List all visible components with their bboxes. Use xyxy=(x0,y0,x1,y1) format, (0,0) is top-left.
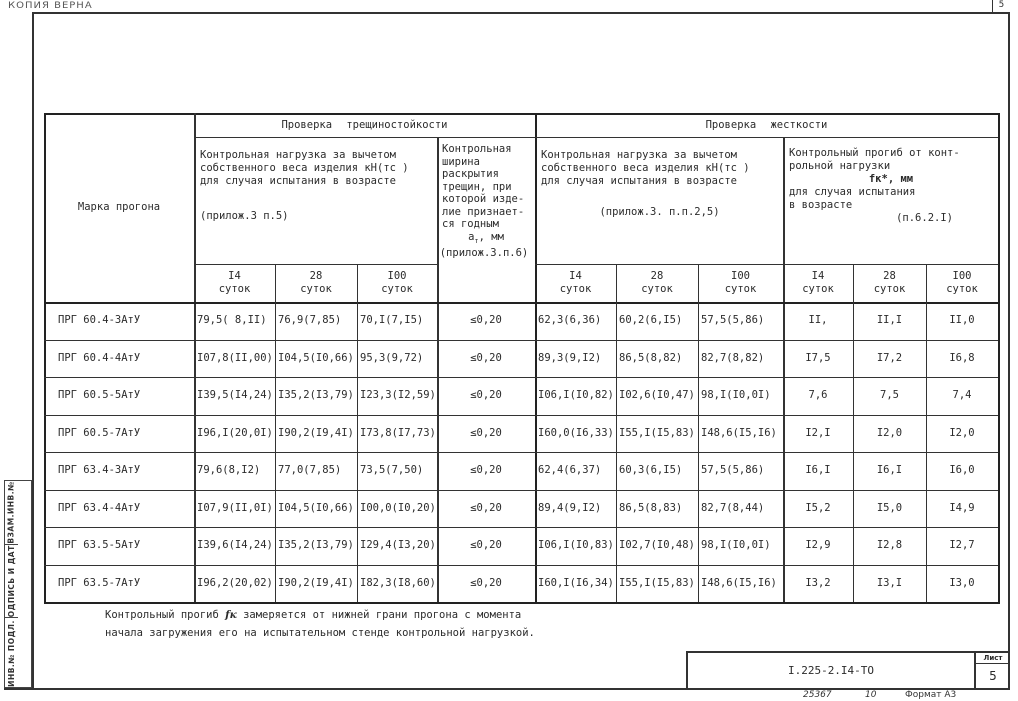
age-number: 28 xyxy=(300,270,332,283)
symbol-unit: , мм xyxy=(479,231,504,243)
crack-width-value: ≤0,20 xyxy=(437,377,535,415)
age-number: I4 xyxy=(219,270,251,283)
stiffness-load-value: 98,I(I0,0I) xyxy=(698,527,783,565)
stiffness-load-value: I60,I(I6,34) xyxy=(535,565,616,603)
crack-width-value: ≤0,20 xyxy=(437,340,535,378)
crack-load-value: I07,8(II,00) xyxy=(194,340,275,378)
crack-load-value: I07,9(II,0I) xyxy=(194,490,275,528)
deflection-value: I4,9 xyxy=(926,490,998,528)
deflection-value: I6,8 xyxy=(926,340,998,378)
stiffness-load-value: 89,4(9,I2) xyxy=(535,490,616,528)
copy-verified-stamp: КОПИЯ ВЕРНА xyxy=(8,1,93,11)
side-cell-original-inv: ИНВ.№ ПОДЛ. xyxy=(5,617,18,689)
sheet-number: 5 xyxy=(976,664,1010,688)
header-reference: (прилож.3. п.п.2,5) xyxy=(541,206,778,219)
header-text-line: собственного веса изделия кН(тс ) xyxy=(200,162,432,175)
crack-load-value: I82,3(I8,60) xyxy=(357,565,437,603)
age-number: I4 xyxy=(802,270,834,283)
stiffness-load-value: 86,5(8,82) xyxy=(616,340,698,378)
age-header: I4суток xyxy=(535,264,616,302)
stiffness-load-value: 82,7(8,82) xyxy=(698,340,783,378)
age-unit: суток xyxy=(300,283,332,296)
row-mark: ПРГ 63.5-7АтУ xyxy=(44,565,194,603)
stiffness-load-value: 57,5(5,86) xyxy=(698,452,783,490)
header-text-line: ся годным xyxy=(442,218,530,231)
age-unit: суток xyxy=(874,283,906,296)
crack-load-value: I90,2(I9,4I) xyxy=(275,565,357,603)
crack-load-value: I04,5(I0,66) xyxy=(275,340,357,378)
crack-load-value: 77,0(7,85) xyxy=(275,452,357,490)
crack-resistance-group-header: Проверка трещиностойкости xyxy=(194,113,535,137)
row-mark: ПРГ 63.4-3АтУ xyxy=(44,452,194,490)
age-unit: суток xyxy=(381,283,413,296)
age-header: I00суток xyxy=(698,264,783,302)
sheet-box: Лист 5 xyxy=(974,653,1010,688)
age-header: 28суток xyxy=(616,264,698,302)
row-mark: ПРГ 63.5-5АтУ xyxy=(44,527,194,565)
age-header: I00суток xyxy=(357,264,437,302)
stiffness-load-value: I48,6(I5,I6) xyxy=(698,415,783,453)
header-text-line: для случая испытания в возрасте xyxy=(541,175,778,188)
deflection-value: I6,I xyxy=(783,452,853,490)
crack-load-value: I35,2(I3,79) xyxy=(275,377,357,415)
age-unit: суток xyxy=(560,283,592,296)
crack-load-value: I23,3(I2,59) xyxy=(357,377,437,415)
stiffness-load-value: 57,5(5,86) xyxy=(698,302,783,340)
crack-load-value: I35,2(I3,79) xyxy=(275,527,357,565)
header-text-line: трещин, при xyxy=(442,181,530,194)
age-number: 28 xyxy=(641,270,673,283)
deflection-value: I2,0 xyxy=(853,415,926,453)
deflection-value: I3,I xyxy=(853,565,926,603)
title-block: I.225-2.I4-ТО Лист 5 xyxy=(686,651,1010,688)
deflection-value: I6,I xyxy=(853,452,926,490)
paper-format: Формат А3 xyxy=(905,690,956,700)
age-number: I4 xyxy=(560,270,592,283)
sheet-label: Лист xyxy=(976,653,1010,664)
deflection-value: 7,6 xyxy=(783,377,853,415)
stiffness-load-value: I02,7(I0,48) xyxy=(616,527,698,565)
stiffness-load-value: 60,2(6,I5) xyxy=(616,302,698,340)
inventory-number: 25367 xyxy=(803,690,832,700)
header-reference: (п.6.2.I) xyxy=(789,212,993,225)
header-text-line: для случая испытания в возрасте xyxy=(200,175,432,188)
crack-load-value: I96,I(20,0I) xyxy=(194,415,275,453)
row-mark: ПРГ 63.4-4АтУ xyxy=(44,490,194,528)
crack-width-value: ≤0,20 xyxy=(437,490,535,528)
side-cell-replace-inv: ВЗАМ.ИНВ.№ xyxy=(5,480,18,544)
header-text-line: рольной нагрузки xyxy=(789,160,993,173)
deflection-value: 7,5 xyxy=(853,377,926,415)
frame-bottom-line xyxy=(4,688,1010,690)
crack-load-value: I90,2(I9,4I) xyxy=(275,415,357,453)
footer-extra: 10 xyxy=(865,690,876,700)
age-number: I00 xyxy=(946,270,978,283)
age-unit: суток xyxy=(725,283,757,296)
row-mark: ПРГ 60.4-4АтУ xyxy=(44,340,194,378)
document-code: I.225-2.I4-ТО xyxy=(688,653,974,688)
deflection-value: I3,0 xyxy=(926,565,998,603)
age-header: I4суток xyxy=(783,264,853,302)
stiffness-load-value: I55,I(I5,83) xyxy=(616,565,698,603)
deflection-value: I7,2 xyxy=(853,340,926,378)
header-text-line: для случая испытания xyxy=(789,186,993,199)
deflection-value: II,I xyxy=(853,302,926,340)
crack-load-value: I00,0(I0,20) xyxy=(357,490,437,528)
stiffness-load-value: I48,6(I5,I6) xyxy=(698,565,783,603)
stiffness-load-value: I55,I(I5,83) xyxy=(616,415,698,453)
stiffness-load-value: 89,3(9,I2) xyxy=(535,340,616,378)
deflection-symbol: fк*, мм xyxy=(789,173,993,186)
header-reference: (прилож.3 п.5) xyxy=(200,210,432,223)
deflection-value: I5,2 xyxy=(783,490,853,528)
corner-page-number: 5 xyxy=(992,0,1010,12)
crack-load-value: I04,5(I0,66) xyxy=(275,490,357,528)
crack-width-symbol: aт, мм xyxy=(442,231,530,248)
header-text-line: ширина xyxy=(442,156,530,169)
header-text-line: собственного веса изделия кН(тс ) xyxy=(541,162,778,175)
crack-width-value: ≤0,20 xyxy=(437,527,535,565)
stiffness-load-value: I06,I(I0,83) xyxy=(535,527,616,565)
header-text-line: Контрольная нагрузка за вычетом xyxy=(541,149,778,162)
age-unit: суток xyxy=(802,283,834,296)
age-unit: суток xyxy=(946,283,978,296)
header-text-line: Контрольная xyxy=(442,143,530,156)
footnote: Контрольный прогиб fк замеряется от нижн… xyxy=(105,606,535,642)
crack-load-value: I73,8(I7,73) xyxy=(357,415,437,453)
deflection-value: I2,8 xyxy=(853,527,926,565)
deflection-value: II, xyxy=(783,302,853,340)
deflection-value: I2,9 xyxy=(783,527,853,565)
header-text-line: раскрытия xyxy=(442,168,530,181)
crack-load-value: 95,3(9,72) xyxy=(357,340,437,378)
deflection-value: I2,0 xyxy=(926,415,998,453)
crack-load-value: I29,4(I3,20) xyxy=(357,527,437,565)
deflection-value: I6,0 xyxy=(926,452,998,490)
stiffness-load-value: 86,5(8,83) xyxy=(616,490,698,528)
age-unit: суток xyxy=(219,283,251,296)
deflection-value: I2,I xyxy=(783,415,853,453)
crack-load-value: 79,6(8,I2) xyxy=(194,452,275,490)
stiffness-load-value: 98,I(I0,0I) xyxy=(698,377,783,415)
header-text-line: лие признает- xyxy=(442,206,530,219)
stiffness-load-value: 62,4(6,37) xyxy=(535,452,616,490)
deflection-value: I3,2 xyxy=(783,565,853,603)
row-mark: ПРГ 60.5-5АтУ xyxy=(44,377,194,415)
header-text-line: которой изде- xyxy=(442,193,530,206)
crack-load-value: I39,6(I4,24) xyxy=(194,527,275,565)
stiffness-load-value: 60,3(6,I5) xyxy=(616,452,698,490)
grid-line xyxy=(998,113,1000,604)
crack-width-value: ≤0,20 xyxy=(437,565,535,603)
age-header: 28суток xyxy=(853,264,926,302)
age-unit: суток xyxy=(641,283,673,296)
deflection-value: I5,0 xyxy=(853,490,926,528)
deflection-value: 7,4 xyxy=(926,377,998,415)
age-header: I00суток xyxy=(926,264,998,302)
crack-load-value: 73,5(7,50) xyxy=(357,452,437,490)
crack-width-value: ≤0,20 xyxy=(437,452,535,490)
stiffness-load-value: 62,3(6,36) xyxy=(535,302,616,340)
mark-column-header: Марка прогона xyxy=(44,113,194,302)
deflection-value: II,0 xyxy=(926,302,998,340)
deflection-symbol: fк xyxy=(225,609,237,621)
age-header: 28суток xyxy=(275,264,357,302)
deflection-value: I7,5 xyxy=(783,340,853,378)
row-mark: ПРГ 60.5-7АтУ xyxy=(44,415,194,453)
stiffness-load-header: Контрольная нагрузка за вычетомсобственн… xyxy=(535,137,783,264)
deflection-value: I2,7 xyxy=(926,527,998,565)
stiffness-group-header: Проверка жесткости xyxy=(535,113,998,137)
stiffness-load-value: I60,0(I6,33) xyxy=(535,415,616,453)
age-header: I4суток xyxy=(194,264,275,302)
crack-load-value: 79,5( 8,II) xyxy=(194,302,275,340)
crack-width-value: ≤0,20 xyxy=(437,415,535,453)
crack-width-value: ≤0,20 xyxy=(437,302,535,340)
crack-load-value: I39,5(I4,24) xyxy=(194,377,275,415)
stiffness-load-value: I06,I(I0,82) xyxy=(535,377,616,415)
side-stamp-strip: ВЗАМ.ИНВ.№ ПОДПИСЬ И ДАТА ИНВ.№ ПОДЛ. xyxy=(4,480,32,688)
grid-line xyxy=(44,602,998,604)
crack-load-header: Контрольная нагрузка за вычетомсобственн… xyxy=(194,137,437,264)
crack-width-header: Контрольнаяширинараскрытиятрещин, прикот… xyxy=(437,137,535,302)
stiffness-load-value: I02,6(I0,47) xyxy=(616,377,698,415)
crack-load-value: I96,2(20,02) xyxy=(194,565,275,603)
row-mark: ПРГ 60.4-3АтУ xyxy=(44,302,194,340)
age-number: 28 xyxy=(874,270,906,283)
crack-load-value: 76,9(7,85) xyxy=(275,302,357,340)
crack-load-value: 70,I(7,I5) xyxy=(357,302,437,340)
header-text-line: в возрасте xyxy=(789,199,993,212)
deflection-header: Контрольный прогиб от конт-рольной нагру… xyxy=(783,137,998,264)
header-text-line: Контрольный прогиб от конт- xyxy=(789,147,993,160)
header-text-line: Контрольная нагрузка за вычетом xyxy=(200,149,432,162)
side-cell-signature-date: ПОДПИСЬ И ДАТА xyxy=(5,544,18,617)
age-number: I00 xyxy=(381,270,413,283)
header-reference: (прилож.3.п.6) xyxy=(438,247,530,260)
stiffness-load-value: 82,7(8,44) xyxy=(698,490,783,528)
age-number: I00 xyxy=(725,270,757,283)
